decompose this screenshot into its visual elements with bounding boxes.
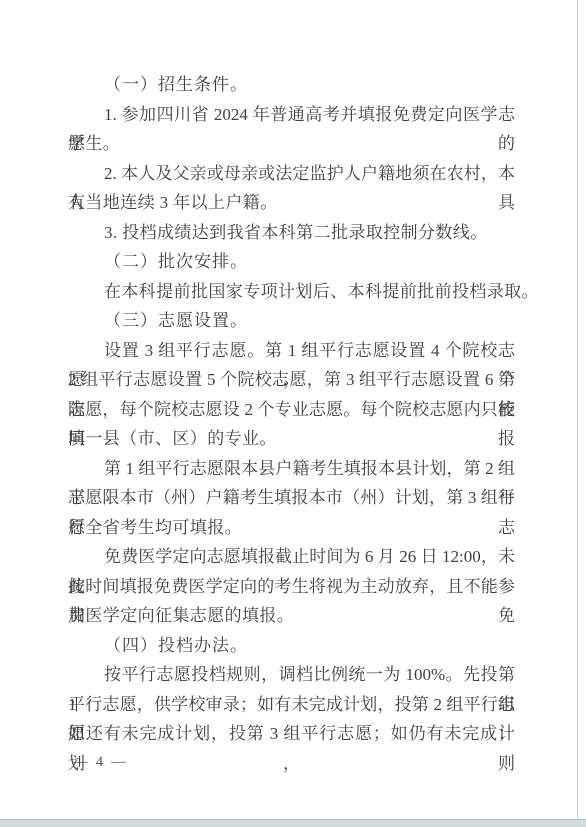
- text-line: 如还有未完成计划，投第 3 组平行志愿；如仍有未完成计划，则: [68, 719, 515, 749]
- section-heading: （三）志愿设置。: [68, 306, 515, 336]
- section-heading: （二）批次安排。: [68, 247, 515, 277]
- text-line: 平行志愿，供学校审录；如有未完成计划，投第 2 组平行志愿；: [68, 690, 515, 720]
- scan-bottom-edge: [0, 819, 586, 827]
- page-number: — 4 —: [73, 750, 128, 774]
- text-line: 在本科提前批国家专项计划后、本科提前批前投档录取。: [68, 277, 515, 307]
- scanned-document-page: （一）招生条件。1. 参加四川省 2024 年普通高考并填报免费定向医学志愿的学…: [0, 0, 586, 827]
- text-line: 3. 投档成绩达到我省本科第二批录取控制分数线。: [68, 218, 515, 248]
- text-line: 志愿限本市（州）户籍考生填报本市（州）计划，第 3 组平行志: [68, 483, 515, 513]
- text-line: 设置 3 组平行志愿。第 1 组平行志愿设置 4 个院校志愿，第: [68, 336, 515, 366]
- text-line: 免费医学定向志愿填报截止时间为 6 月 26 日 12:00，未按: [68, 542, 515, 572]
- text-line: 按平行志愿投档规则，调档比例统一为 100%。先投第 1 组: [68, 660, 515, 690]
- text-line: 2. 本人及父亲或母亲或法定监护人户籍地须在农村，本人具: [68, 159, 515, 189]
- section-heading: （一）招生条件。: [68, 70, 515, 100]
- text-line: 2 组平行志愿设置 5 个院校志愿，第 3 组平行志愿设置 6 个院校: [68, 365, 515, 395]
- text-line: 1. 参加四川省 2024 年普通高考并填报免费定向医学志愿的: [68, 100, 515, 130]
- text-line: 志愿，每个院校志愿设 2 个专业志愿。每个院校志愿内只能填报: [68, 395, 515, 425]
- text-line: 第 1 组平行志愿限本县户籍考生填报本县计划，第 2 组平行: [68, 454, 515, 484]
- section-heading: （四）投档办法。: [68, 631, 515, 661]
- text-block: （一）招生条件。1. 参加四川省 2024 年普通高考并填报免费定向医学志愿的学…: [68, 70, 515, 749]
- scan-right-edge-line: [577, 0, 578, 819]
- text-line: 此时间填报免费医学定向的考生将视为主动放弃，且不能参加免: [68, 572, 515, 602]
